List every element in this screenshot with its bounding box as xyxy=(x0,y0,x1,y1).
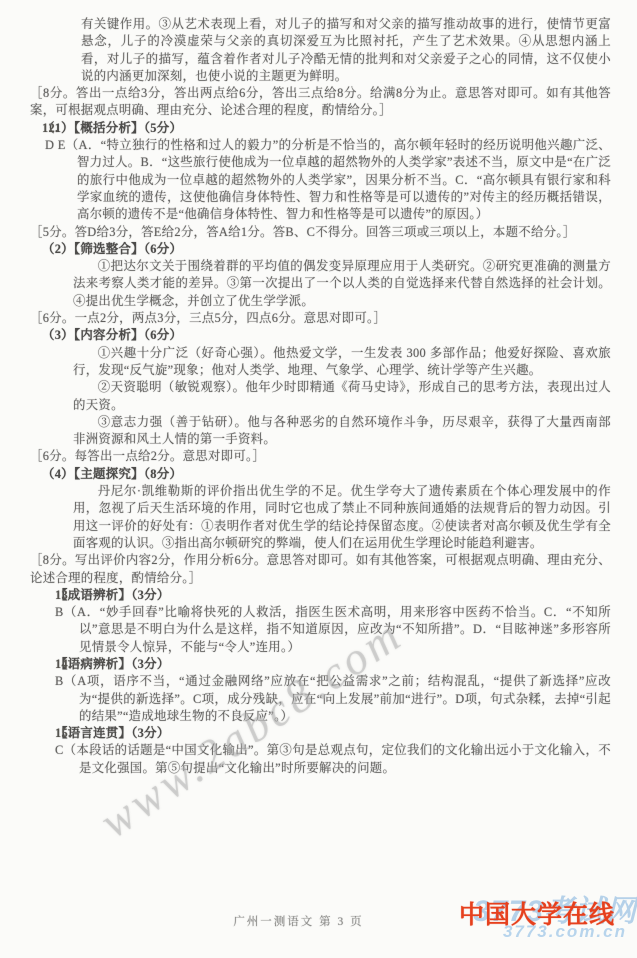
option-explanation: B（A．“妙手回春”比喻将快死的人救活，指医生医术高明，用来形容中医药不恰当。C… xyxy=(55,604,611,656)
answer-paragraph: ③意志力强（善于钻研）。他与各种恶劣的自然环境作斗争，历尽艰辛，获得了大量西南部… xyxy=(73,414,611,449)
answer-paragraph: ①把达尔文关于围绕着群的平均值的偶发变异原理应用于人类研究。②研究更准确的测量方… xyxy=(73,258,611,310)
question-heading: 15.【语言连贯】（3分） xyxy=(55,725,611,742)
sub-question-heading: 12.（1）【概括分析】（5分） xyxy=(42,120,611,137)
paragraph-text: ［6分。每答出一点给2分。意思对即可。］ xyxy=(30,449,265,463)
scoring-note: ［6分。一点2分，两点3分，三点5分，四点6分。意思对即可。］ xyxy=(30,310,611,327)
paragraph-text: 【语言连贯】（3分） xyxy=(55,726,170,740)
scanned-answer-sheet-page: 有关键作用。③从艺术表现上看，对儿子的描写和对父亲的描写推动故事的进行，使情节更… xyxy=(0,0,637,958)
paragraph-text: C（本段话的话题是“中国文化输出”。第③句是总观点句，定位我们的文化输出远小于文… xyxy=(55,743,611,774)
answer-paragraph: ②天资聪明（敏锐观察）。他年少时即精通《荷马史诗》，形成自己的思考方法，表现出过… xyxy=(73,379,611,414)
paragraph-text: 丹尼尔·凯维勒斯的评价指出优生学的不足。优生学夸大了遗传素质在个体心理发展中的作… xyxy=(73,484,611,550)
question-number: 13. xyxy=(55,587,71,604)
sub-question-heading: （4）【主题探究】（8分） xyxy=(42,466,611,483)
paragraph-text: B（A．“妙手回春”比喻将快死的人救活，指医生医术高明，用来形容中医药不恰当。C… xyxy=(55,605,611,654)
paragraph-text: （3）【内容分析】（6分） xyxy=(42,328,182,342)
paragraph-text: ②天资聪明（敏锐观察）。他年少时即精通《荷马史诗》，形成自己的思考方法，表现出过… xyxy=(73,380,611,411)
paragraph-text: ［5分。答D给3分，答E给2分，答A给1分。答B、C不得分。回答三项或三项以上，… xyxy=(30,225,576,239)
paragraph-text: 有关键作用。③从艺术表现上看，对儿子的描写和对父亲的描写推动故事的进行，使情节更… xyxy=(81,17,611,83)
question-number: 12. xyxy=(42,120,58,137)
site-logo: 3773考试网 中国大学在线 3773.com.cn xyxy=(422,886,637,948)
paragraph-text: 【成语辨析】（3分） xyxy=(55,588,170,602)
option-explanation: D E（A．“特立独行的性格和过人的毅力”的分析是不恰当的，高尔顿年轻时的经历说… xyxy=(45,137,611,223)
scoring-note: ［8分。答出一点给3分，答出两点给6分，答出三点给8分。给满8分为止。意思答对即… xyxy=(30,85,611,120)
question-number: 14. xyxy=(55,656,71,673)
scoring-note: ［5分。答D给3分，答E给2分，答A给1分。答B、C不得分。回答三项或三项以上，… xyxy=(30,224,611,241)
document-body: 有关键作用。③从艺术表现上看，对儿子的描写和对父亲的描写推动故事的进行，使情节更… xyxy=(25,16,611,908)
sub-question-heading: （2）【筛选整合】（6分） xyxy=(42,241,611,258)
answer-paragraph: 丹尼尔·凯维勒斯的评价指出优生学的不足。优生学夸大了遗传素质在个体心理发展中的作… xyxy=(73,483,611,552)
option-explanation: B（A项，语序不当，“通过金融网络”应放在“把公益需求”之前；结构混乱，“提供了… xyxy=(55,673,611,725)
scoring-note: ［8分。写出评价内容2分，作用分析6分。意思答对即可。如有其他答案，可根据观点明… xyxy=(30,552,611,587)
paragraph-text: ［8分。答出一点给3分，答出两点给6分，答出三点给8分。给满8分为止。意思答对即… xyxy=(30,86,611,117)
paragraph-text: B（A项，语序不当，“通过金融网络”应放在“把公益需求”之前；结构混乱，“提供了… xyxy=(55,674,611,723)
answer-paragraph: ①兴趣十分广泛（好奇心强）。他热爱文学，一生发表 300 多部作品；他爱好探险、… xyxy=(73,345,611,380)
paragraph-text: 【语病辨析】（3分） xyxy=(55,657,170,671)
logo-url-text: 3773.com.cn xyxy=(503,922,627,942)
question-heading: 14.【语病辨析】（3分） xyxy=(55,656,611,673)
paragraph-text: （4）【主题探究】（8分） xyxy=(42,467,182,481)
paragraph-continuation: 有关键作用。③从艺术表现上看，对儿子的描写和对父亲的描写推动故事的进行，使情节更… xyxy=(81,16,611,85)
paragraph-text: （1）【概括分析】（5分） xyxy=(42,121,182,135)
paragraph-text: D E（A．“特立独行的性格和过人的毅力”的分析是不恰当的，高尔顿年轻时的经历说… xyxy=(45,138,611,221)
paragraph-text: ①兴趣十分广泛（好奇心强）。他热爱文学，一生发表 300 多部作品；他爱好探险、… xyxy=(73,346,611,377)
paragraph-text: ①把达尔文关于围绕着群的平均值的偶发变异原理应用于人类研究。②研究更准确的测量方… xyxy=(73,259,611,308)
option-explanation: C（本段话的话题是“中国文化输出”。第③句是总观点句，定位我们的文化输出远小于文… xyxy=(55,742,611,777)
question-heading: 13.【成语辨析】（3分） xyxy=(55,587,611,604)
paragraph-text: （2）【筛选整合】（6分） xyxy=(42,242,182,256)
paragraph-text: ［6分。一点2分，两点3分，三点5分，四点6分。意思对即可。］ xyxy=(30,311,386,325)
question-number: 15. xyxy=(55,725,71,742)
scoring-note: ［6分。每答出一点给2分。意思对即可。］ xyxy=(30,448,611,465)
sub-question-heading: （3）【内容分析】（6分） xyxy=(42,327,611,344)
paragraph-text: ［8分。写出评价内容2分，作用分析6分。意思答对即可。如有其他答案，可根据观点明… xyxy=(30,553,611,584)
paragraph-text: ③意志力强（善于钻研）。他与各种恶劣的自然环境作斗争，历尽艰辛，获得了大量西南部… xyxy=(73,415,611,446)
